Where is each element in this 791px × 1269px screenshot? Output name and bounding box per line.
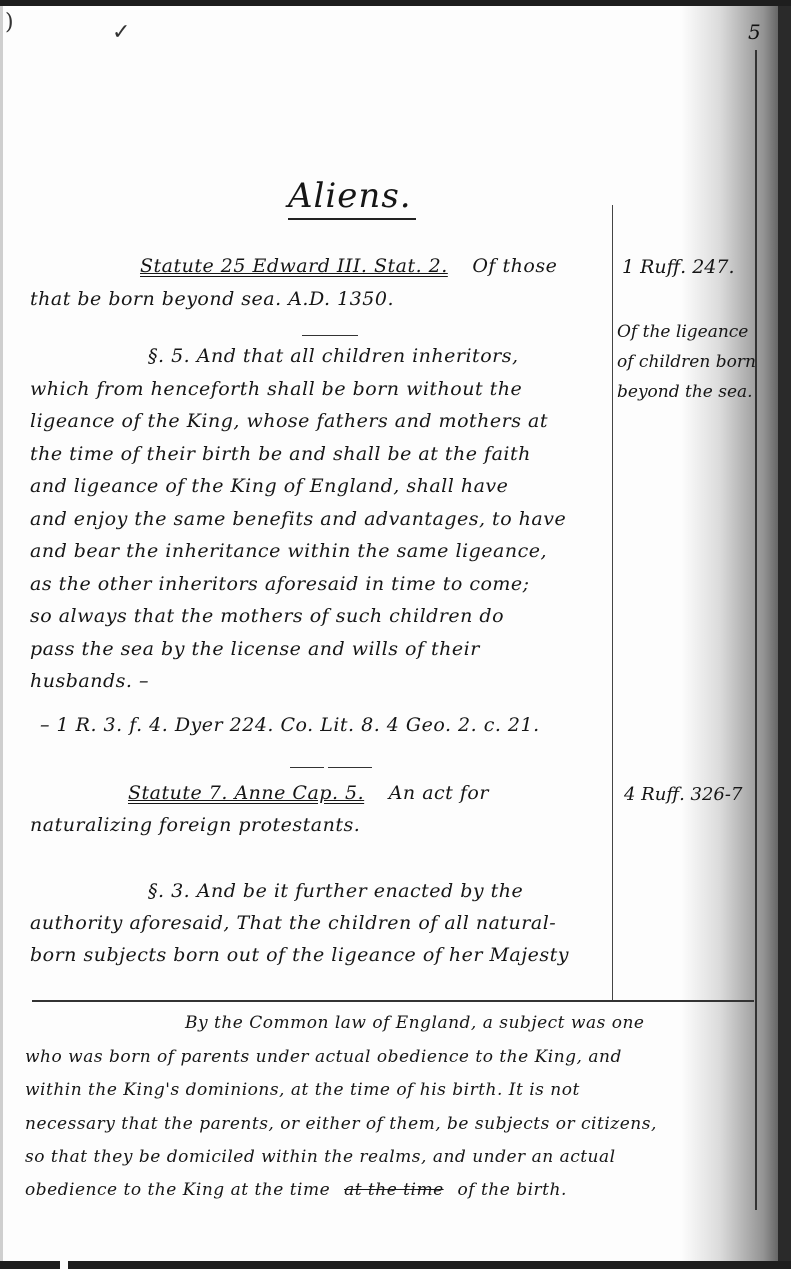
section3-last-line-start: obedience to the King at the time: [25, 1180, 330, 1200]
paragraph-line: authority aforesaid, That the children o…: [30, 912, 556, 934]
paragraph-line: the time of their birth be and shall be …: [30, 443, 531, 465]
paragraph-line: ligeance of the King, whose fathers and …: [30, 410, 548, 432]
divider-short-left: [290, 767, 324, 768]
section3-last-line-end: of the birth.: [458, 1180, 567, 1200]
paragraph-line: which from henceforth shall be born with…: [30, 378, 522, 400]
page-right-rule: [755, 50, 757, 1210]
paragraph-line: born subjects born out of the ligeance o…: [30, 944, 569, 966]
section2-heading-line: Statute 7. Anne Cap. 5. An act for: [128, 782, 489, 804]
section2-heading: Statute 7. Anne Cap. 5.: [128, 782, 364, 804]
section-divider-line: [32, 1000, 754, 1002]
section2-line2: naturalizing foreign protestants.: [30, 814, 360, 836]
page-right-edge: [778, 0, 791, 1269]
section1-heading-rest: Of those: [472, 255, 557, 277]
paragraph-line: who was born of parents under actual obe…: [25, 1047, 622, 1067]
paragraph-line: and enjoy the same benefits and advantag…: [30, 508, 566, 530]
page-bottom-edge: [0, 1261, 791, 1269]
section3-last-line: obedience to the King at the time at the…: [25, 1180, 567, 1200]
paragraph-line: and ligeance of the King of England, sha…: [30, 475, 508, 497]
page-top-edge: [0, 0, 791, 6]
page-number: 5: [748, 20, 761, 44]
paragraph-line: necessary that the parents, or either of…: [25, 1114, 657, 1134]
page-bottom-gap: [60, 1261, 68, 1269]
section1-heading-line: Statute 25 Edward III. Stat. 2. Of those: [140, 255, 557, 277]
paragraph-line: §. 3. And be it further enacted by the: [148, 880, 523, 902]
margin-note-line: of children born: [617, 352, 756, 372]
paragraph-line: so always that the mothers of such child…: [30, 605, 504, 627]
check-mark-icon: ✓: [112, 20, 130, 45]
paragraph-line: as the other inheritors aforesaid in tim…: [30, 573, 530, 595]
paragraph-line: §. 5. And that all children inheritors,: [148, 345, 519, 367]
section1-citation: – 1 R. 3. f. 4. Dyer 224. Co. Lit. 8. 4 …: [40, 714, 540, 736]
margin-note-line: beyond the sea.: [617, 382, 753, 402]
page-binding-shadow: [681, 0, 791, 1269]
paragraph-line: so that they be domiciled within the rea…: [25, 1147, 616, 1167]
divider-short-right: [328, 767, 372, 768]
margin-note-line: Of the ligeance: [617, 322, 748, 342]
document-page: ) ✓ 5 Aliens. Statute 25 Edward III. Sta…: [0, 0, 791, 1269]
paragraph-line: and bear the inheritance within the same…: [30, 540, 547, 562]
divider-short: [302, 335, 358, 336]
struck-text: at the time: [344, 1180, 444, 1200]
page-title: Aliens.: [288, 176, 416, 220]
paragraph-line: By the Common law of England, a subject …: [185, 1013, 644, 1033]
paragraph-line: within the King's dominions, at the time…: [25, 1080, 580, 1100]
section1-margin-ref: 1 Ruff. 247.: [622, 256, 735, 278]
margin-column-rule: [612, 205, 613, 1000]
paragraph-line: husbands. –: [30, 670, 149, 692]
section1-line2: that be born beyond sea. A.D. 1350.: [30, 288, 394, 310]
section2-margin-ref: 4 Ruff. 326-7: [624, 784, 742, 805]
section1-heading: Statute 25 Edward III. Stat. 2.: [140, 255, 448, 277]
section2-heading-rest: An act for: [389, 782, 489, 804]
paragraph-line: pass the sea by the license and wills of…: [30, 638, 480, 660]
corner-mark: ): [5, 10, 14, 35]
page-left-edge: [0, 0, 3, 1269]
